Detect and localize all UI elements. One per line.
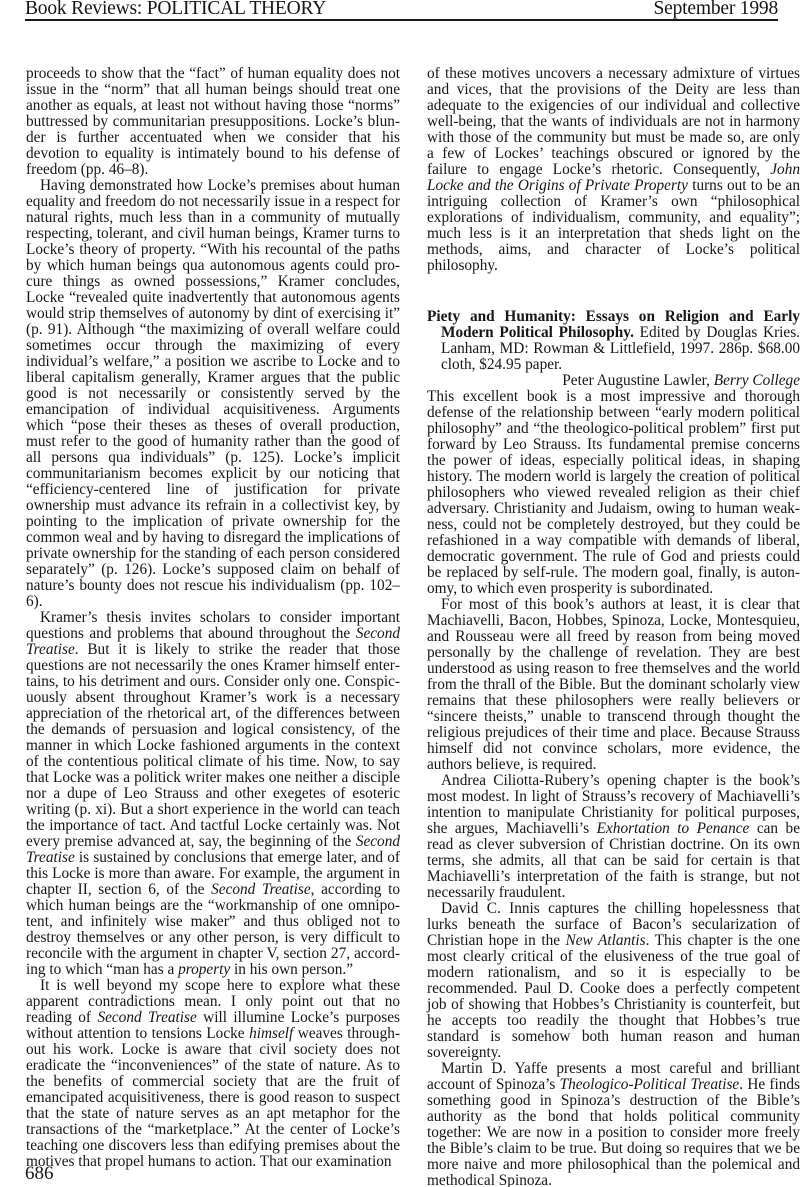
paragraph: Having demonstrated how Locke’s premises… xyxy=(26,178,400,610)
reviewer-name: Peter Augustine Lawler, xyxy=(562,372,713,389)
paragraph: of these motives uncovers a necessary ad… xyxy=(427,66,800,274)
book-title-italic: New Atlantis xyxy=(566,932,646,949)
page-number: 686 xyxy=(25,1164,54,1184)
section-title: Book Reviews: POLITICAL THEORY xyxy=(25,0,326,18)
reviewer-affiliation: Berry College xyxy=(714,372,800,389)
paragraph: Kramer’s thesis invites scholars to cons… xyxy=(26,610,400,978)
book-title-italic: Exhortation to Penance xyxy=(597,820,750,837)
review-citation: Piety and Humanity: Essays on Religion a… xyxy=(427,309,800,373)
paragraph: proceeds to show that the “fact” of huma… xyxy=(26,66,400,178)
left-column: proceeds to show that the “fact” of huma… xyxy=(26,66,400,1170)
paragraph: This excellent book is a most impressive… xyxy=(427,389,800,597)
paragraph: David C. Innis captures the chilling hop… xyxy=(427,901,800,1061)
header-rule xyxy=(25,19,778,21)
paragraph: It is well beyond my scope here to explo… xyxy=(26,978,400,1170)
book-title-italic: Theologico-Political Treatise xyxy=(560,1076,740,1093)
book-title-italic: Second Treatise xyxy=(97,1009,196,1026)
reviewer-byline: Peter Augustine Lawler, Berry College xyxy=(427,373,800,389)
emphasis-italic: himself xyxy=(249,1025,293,1042)
right-column: of these motives uncovers a necessary ad… xyxy=(427,66,800,1187)
paragraph: For most of this book’s authors at least… xyxy=(427,597,800,773)
issue-date: September 1998 xyxy=(654,0,778,18)
paragraph: Martin D. Yaffe presents a most careful … xyxy=(427,1061,800,1187)
paragraph: Andrea Ciliotta-Rubery’s opening chapter… xyxy=(427,773,800,901)
book-title-italic: Second Treatise xyxy=(211,881,311,898)
emphasis-italic: property xyxy=(178,961,230,978)
